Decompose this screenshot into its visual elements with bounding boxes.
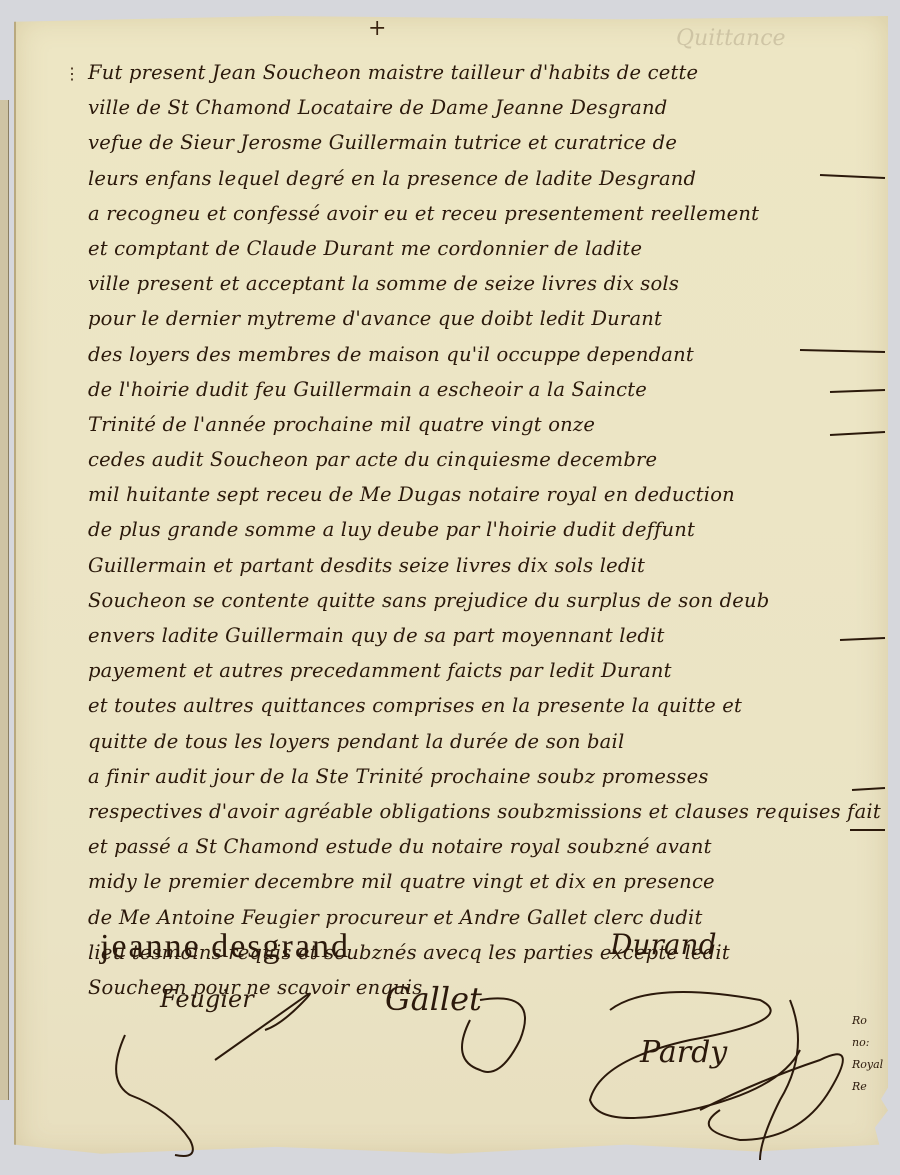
signature-jeanne-desgrand: jeanne desgrand <box>100 928 350 966</box>
signature-block: jeanne desgrand Durand Feugier Gallet Pa… <box>0 0 900 1175</box>
notary-title: Ro no: Royal Re <box>852 1010 883 1098</box>
signature-feugier: Feugier <box>160 985 254 1013</box>
signature-durand: Durand <box>610 928 717 961</box>
signature-notary: Pardy <box>640 1035 727 1070</box>
signature-gallet: Gallet <box>385 980 482 1018</box>
